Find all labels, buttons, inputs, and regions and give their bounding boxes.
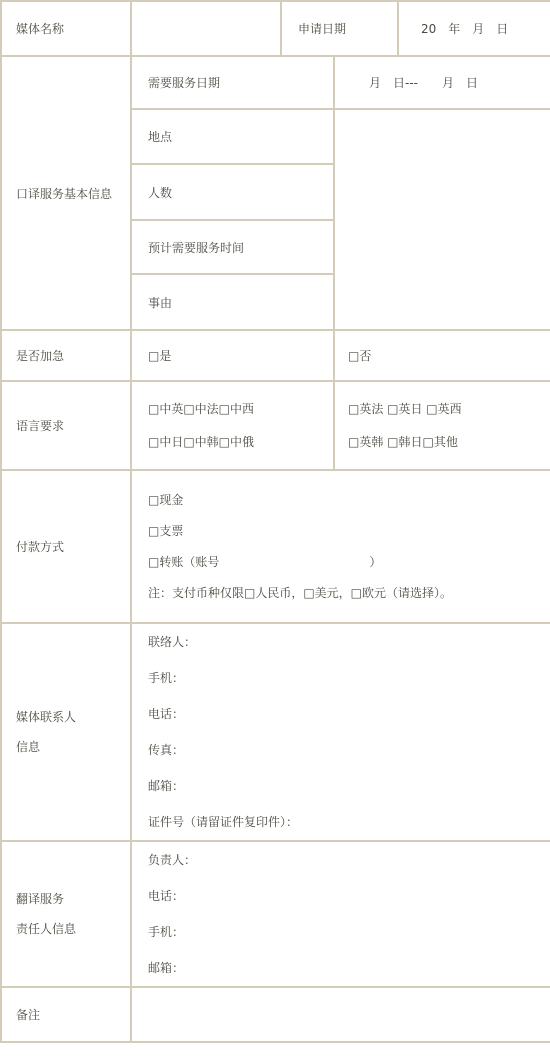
- remarks-label: 备注: [16, 1008, 40, 1022]
- media-contact-label-cell: 媒体联系人 信息: [1, 623, 131, 841]
- location-label-cell: 地点: [131, 109, 334, 164]
- manager-mobile-field[interactable]: 手机：: [148, 914, 546, 950]
- urgent-no-cell[interactable]: □否: [334, 330, 550, 381]
- media-name-value-cell[interactable]: [131, 1, 281, 56]
- remarks-value-cell[interactable]: [131, 987, 550, 1042]
- apply-date-label-cell: 申请日期: [281, 1, 398, 56]
- basic-info-value-area[interactable]: [334, 109, 550, 330]
- estimated-time-label: 预计需要服务时间: [148, 241, 244, 255]
- payment-options-cell: □现金 □支票 □转账（账号） 注：支付币种仅限□人民币，□美元，□欧元（请选择…: [131, 470, 550, 623]
- payment-transfer-suffix: ）: [369, 555, 381, 569]
- service-manager-label-cell: 翻译服务 责任人信息: [1, 841, 131, 987]
- urgent-yes-checkbox[interactable]: □是: [148, 349, 171, 363]
- payment-option-check[interactable]: □支票: [148, 516, 546, 547]
- contact-email-field[interactable]: 邮箱：: [148, 768, 546, 804]
- estimated-time-label-cell: 预计需要服务时间: [131, 220, 334, 274]
- language-options-zh-group2[interactable]: □中日□中韩□中俄: [148, 426, 329, 459]
- payment-label: 付款方式: [16, 540, 64, 554]
- media-contact-fields-cell: 联络人： 手机： 电话： 传真： 邮箱： 证件号（请留证件复印件）：: [131, 623, 550, 841]
- language-options-en-group2[interactable]: □英韩 □韩日□其他: [348, 426, 546, 459]
- people-count-label: 人数: [148, 186, 172, 200]
- urgent-label-cell: 是否加急: [1, 330, 131, 381]
- language-options-en-group1[interactable]: □英法 □英日 □英西: [348, 393, 546, 426]
- media-name-label-cell: 媒体名称: [1, 1, 131, 56]
- media-name-label: 媒体名称: [16, 22, 64, 36]
- urgent-row: 是否加急 □是 □否: [1, 330, 550, 381]
- basic-info-section-label-cell: 口译服务基本信息: [1, 56, 131, 330]
- manager-phone-field[interactable]: 电话：: [148, 878, 546, 914]
- contact-phone-field[interactable]: 电话：: [148, 696, 546, 732]
- language-row: 语言要求 □中英□中法□中西 □中日□中韩□中俄 □英法 □英日 □英西 □英韩…: [1, 381, 550, 470]
- language-options-zh-group1[interactable]: □中英□中法□中西: [148, 393, 329, 426]
- apply-date-value-cell[interactable]: 20 年 月 日: [398, 1, 550, 56]
- reason-label: 事由: [148, 296, 172, 310]
- people-count-label-cell: 人数: [131, 164, 334, 220]
- service-manager-row: 翻译服务 责任人信息 负责人： 电话： 手机： 邮箱：: [1, 841, 550, 987]
- urgent-no-checkbox[interactable]: □否: [348, 349, 371, 363]
- manager-email-field[interactable]: 邮箱：: [148, 950, 546, 986]
- payment-option-transfer[interactable]: □转账（账号）: [148, 547, 546, 578]
- language-label-cell: 语言要求: [1, 381, 131, 470]
- payment-note: 注：支付币种仅限□人民币，□美元，□欧元（请选择）。: [148, 578, 546, 609]
- service-manager-label-line1: 翻译服务: [16, 884, 126, 914]
- apply-date-label: 申请日期: [298, 22, 346, 36]
- header-row: 媒体名称 申请日期 20 年 月 日: [1, 1, 550, 56]
- language-col1-cell: □中英□中法□中西 □中日□中韩□中俄: [131, 381, 334, 470]
- basic-info-section-label: 口译服务基本信息: [16, 187, 112, 201]
- location-label: 地点: [148, 130, 172, 144]
- contact-mobile-field[interactable]: 手机：: [148, 660, 546, 696]
- urgent-label: 是否加急: [16, 349, 64, 363]
- interpretation-service-application-form: 媒体名称 申请日期 20 年 月 日 口译服务基本信息 需要服务日期 月 日--…: [0, 0, 550, 1043]
- media-contact-label-line1: 媒体联系人: [16, 702, 126, 732]
- reason-label-cell: 事由: [131, 274, 334, 330]
- payment-row: 付款方式 □现金 □支票 □转账（账号） 注：支付币种仅限□人民币，□美元，□欧…: [1, 470, 550, 623]
- service-date-label-cell: 需要服务日期: [131, 56, 334, 109]
- media-contact-label-line2: 信息: [16, 732, 126, 762]
- service-date-label: 需要服务日期: [148, 76, 220, 90]
- manager-person-field[interactable]: 负责人：: [148, 842, 546, 878]
- account-number-blank[interactable]: [219, 565, 369, 566]
- service-manager-fields-cell: 负责人： 电话： 手机： 邮箱：: [131, 841, 550, 987]
- remarks-label-cell: 备注: [1, 987, 131, 1042]
- remarks-row: 备注: [1, 987, 550, 1042]
- service-date-value: 月 日--- 月 日: [335, 74, 478, 91]
- language-label: 语言要求: [16, 419, 64, 433]
- urgent-yes-cell[interactable]: □是: [131, 330, 334, 381]
- media-contact-row: 媒体联系人 信息 联络人： 手机： 电话： 传真： 邮箱： 证件号（请留证件复印…: [1, 623, 550, 841]
- contact-person-field[interactable]: 联络人：: [148, 624, 546, 660]
- payment-transfer-prefix: □转账（账号: [148, 555, 219, 569]
- payment-label-cell: 付款方式: [1, 470, 131, 623]
- service-date-value-cell[interactable]: 月 日--- 月 日: [334, 56, 550, 109]
- service-date-row: 口译服务基本信息 需要服务日期 月 日--- 月 日: [1, 56, 550, 109]
- contact-fax-field[interactable]: 传真：: [148, 732, 546, 768]
- service-manager-label-line2: 责任人信息: [16, 914, 126, 944]
- apply-date-value: 20 年 月 日: [399, 20, 508, 37]
- language-col2-cell: □英法 □英日 □英西 □英韩 □韩日□其他: [334, 381, 550, 470]
- payment-option-cash[interactable]: □现金: [148, 485, 546, 516]
- contact-id-number-field[interactable]: 证件号（请留证件复印件）：: [148, 804, 546, 840]
